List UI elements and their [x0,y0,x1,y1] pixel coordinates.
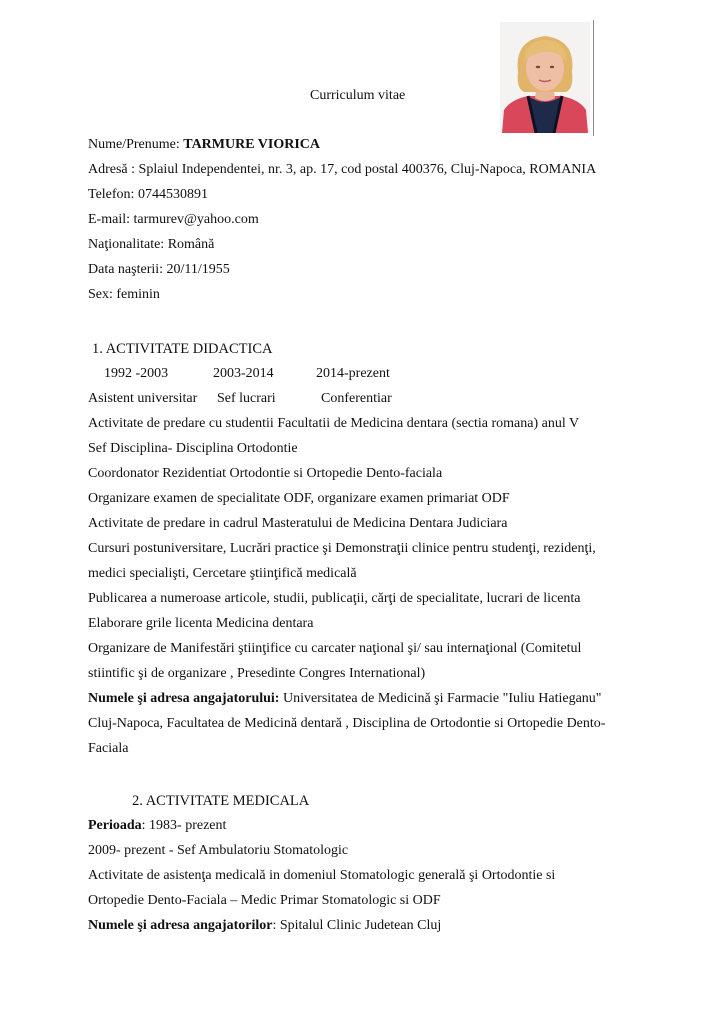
name-line: Nume/Prenume: TARMURE VIORICA [88,136,320,154]
address-line: Adresă : Splaiul Independentei, nr. 3, a… [88,161,596,179]
section-heading-medical: 2. ACTIVITATE MEDICALA [132,792,309,810]
didactic-line: Activitate de predare cu studentii Facul… [88,415,579,433]
didactic-line: Coordonator Rezidentiat Ortodontie si Or… [88,465,442,483]
name-label: Nume/Prenume: [88,137,183,152]
didactic-line: stiintific şi de organizare , Presedinte… [88,665,425,683]
didactic-line: Organizare de Manifestări ştiinţifice cu… [88,640,581,658]
medical-line: Activitate de asistenţa medicală in dome… [88,867,555,885]
portrait-photo [500,22,590,133]
period-label: Perioada [88,818,142,833]
period-2: 2003-2014 [213,365,274,383]
employer-label: Numele şi adresa angajatorului: [88,691,279,706]
position-3: Conferentiar [321,390,392,408]
employer-line: Numele şi adresa angajatorului: Universi… [88,690,602,708]
didactic-line: Cursuri postuniversitare, Lucrări practi… [88,540,596,558]
employer-address-line: Cluj-Napoca, Facultatea de Medicină dent… [88,715,605,733]
cv-page: Curriculum vitae Nume/Prenume: TARMU [0,0,724,1024]
position-2: Sef lucrari [217,390,276,408]
portrait-image-icon [500,22,590,133]
employer-address-line: Faciala [88,740,128,758]
period-line: Perioada: 1983- prezent [88,817,226,835]
medical-employer-label: Numele şi adresa angajatorilor [88,918,272,933]
nationality-line: Naţionalitate: Română [88,236,214,254]
didactic-line: Sef Disciplina- Disciplina Ortodontie [88,440,298,458]
name-value: TARMURE VIORICA [183,137,320,152]
employer-value: Universitatea de Medicină şi Farmacie "I… [279,691,601,706]
section-heading-didactic: 1. ACTIVITATE DIDACTICA [92,340,272,358]
document-title: Curriculum vitae [310,88,405,104]
didactic-line: Elaborare grile licenta Medicina dentara [88,615,313,633]
photo-border-line [593,20,594,136]
period-value: : 1983- prezent [142,818,227,833]
didactic-line: medici specialişti, Cercetare ştiinţific… [88,565,357,583]
birth-date-line: Data naşterii: 20/11/1955 [88,261,230,279]
sex-line: Sex: feminin [88,286,160,304]
medical-line: 2009- prezent - Sef Ambulatoriu Stomatol… [88,842,348,860]
didactic-line: Activitate de predare in cadrul Masterat… [88,515,507,533]
didactic-line: Organizare examen de specialitate ODF, o… [88,490,510,508]
medical-employer-value: : Spitalul Clinic Judetean Cluj [272,918,441,933]
period-3: 2014-prezent [316,365,390,383]
medical-employer-line: Numele şi adresa angajatorilor: Spitalul… [88,917,441,935]
period-1: 1992 -2003 [104,365,168,383]
phone-line: Telefon: 0744530891 [88,186,208,204]
didactic-line: Publicarea a numeroase articole, studii,… [88,590,581,608]
email-line: E-mail: tarmurev@yahoo.com [88,211,259,229]
medical-line: Ortopedie Dento-Faciala – Medic Primar S… [88,892,441,910]
position-1: Asistent universitar [88,390,197,408]
